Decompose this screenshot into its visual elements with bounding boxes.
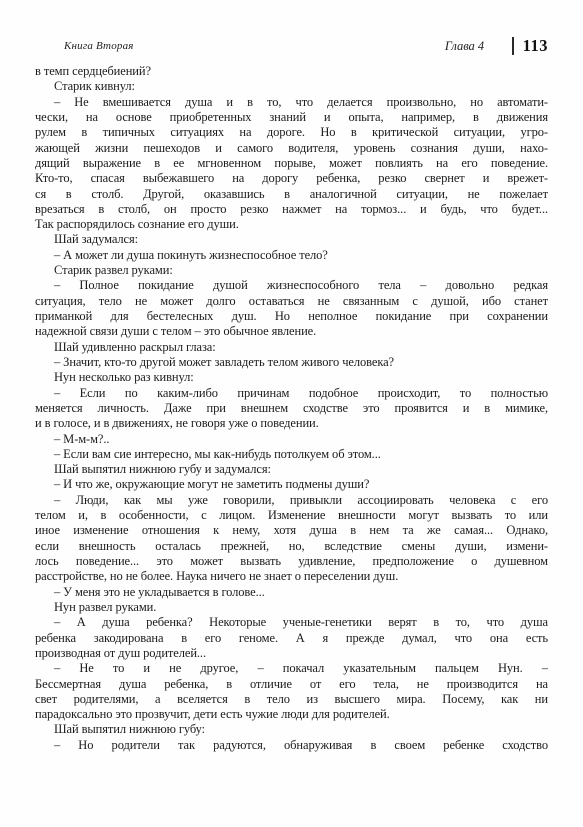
text-line: если внешность осталась прежней, но, всл… bbox=[35, 539, 548, 554]
text-line: производная от душ родителей... bbox=[35, 646, 548, 661]
text-line: – Не вмешивается душа и в то, что делает… bbox=[35, 95, 548, 110]
text-line: расстройстве, но не более. Наука ничего … bbox=[35, 569, 548, 584]
header-divider bbox=[512, 37, 514, 55]
text-line: Шай выпятил нижнюю губу и задумался: bbox=[35, 462, 548, 477]
text-line: – А может ли душа покинуть жизнеспособно… bbox=[35, 248, 548, 263]
text-line: Старик развел руками: bbox=[35, 263, 548, 278]
text-line: ребенка закодирована в его геноме. А я п… bbox=[35, 631, 548, 646]
text-line: – У меня это не укладывается в голове... bbox=[35, 585, 548, 600]
body-text: в темп сердцебиений?Старик кивнул:– Не в… bbox=[35, 64, 548, 753]
text-line: Так распорядилось сознание его души. bbox=[35, 217, 548, 232]
text-line: лось поведение... это может вызвать удив… bbox=[35, 554, 548, 569]
text-line: – Значит, кто-то другой может завладеть … bbox=[35, 355, 548, 370]
text-line: врезаться в столб, он просто резко нажме… bbox=[35, 202, 548, 217]
text-line: ся в столб. Другой, оказавшись в аналоги… bbox=[35, 187, 548, 202]
page-number: 113 bbox=[523, 36, 548, 56]
page-header: Книга Вторая Глава 4 113 bbox=[64, 36, 548, 56]
text-line: – Люди, как мы уже говорили, привыкли ас… bbox=[35, 493, 548, 508]
text-line: надежной связи души с телом – это обычно… bbox=[35, 324, 548, 339]
text-line: Нун развел руками. bbox=[35, 600, 548, 615]
text-line: Шай выпятил нижнюю губу: bbox=[35, 722, 548, 737]
text-line: меняется личность. Даже при внешнем сход… bbox=[35, 401, 548, 416]
text-line: Нун несколько раз кивнул: bbox=[35, 370, 548, 385]
text-line: ситуация, тело не может долго оставаться… bbox=[35, 294, 548, 309]
text-line: жающей жизни пешеходов и самого водителя… bbox=[35, 141, 548, 156]
text-line: дящий выражение в ее мгновенном порыве, … bbox=[35, 156, 548, 171]
text-line: иное изменение отношения к нему, хотя ду… bbox=[35, 523, 548, 538]
text-line: парадоксально это прозвучит, дети есть ч… bbox=[35, 707, 548, 722]
text-line: Шай задумался: bbox=[35, 232, 548, 247]
text-line: – Но родители так радуются, обнаруживая … bbox=[35, 738, 548, 753]
text-line: – М-м-м?.. bbox=[35, 432, 548, 447]
text-line: рулем в типичных ситуациях на дороге. Но… bbox=[35, 125, 548, 140]
text-line: и в голосе, и в движениях, не говоря уже… bbox=[35, 416, 548, 431]
text-line: чески, на основе приобретенных знаний и … bbox=[35, 110, 548, 125]
text-line: – И что же, окружающие могут не заметить… bbox=[35, 477, 548, 492]
text-line: свет родителями, а вселяется в тело из в… bbox=[35, 692, 548, 707]
text-line: Шай удивленно раскрыл глаза: bbox=[35, 340, 548, 355]
running-head-right: Глава 4 113 bbox=[445, 36, 548, 56]
text-line: приманкой для бестелесных душ. Но неполн… bbox=[35, 309, 548, 324]
text-line: телом и, в особенности, с лицом. Изменен… bbox=[35, 508, 548, 523]
text-line: – Если по каким-либо причинам подобное п… bbox=[35, 386, 548, 401]
text-line: – Если вам сие интересно, мы как-нибудь … bbox=[35, 447, 548, 462]
text-line: Старик кивнул: bbox=[35, 79, 548, 94]
text-line: в темп сердцебиений? bbox=[35, 64, 548, 79]
book-page: Книга Вторая Глава 4 113 в темп сердцеби… bbox=[0, 0, 583, 827]
text-line: – Не то и не другое, – покачал указатель… bbox=[35, 661, 548, 676]
running-head-book-title: Книга Вторая bbox=[64, 36, 134, 52]
running-head-chapter: Глава 4 bbox=[445, 39, 484, 54]
text-line: Кто-то, спасая выбежавшего на дорогу реб… bbox=[35, 171, 548, 186]
text-line: Бессмертная душа ребенка, в отличие от е… bbox=[35, 677, 548, 692]
text-line: – А душа ребенка? Некоторые ученые-генет… bbox=[35, 615, 548, 630]
text-line: – Полное покидание душой жизнеспособного… bbox=[35, 278, 548, 293]
